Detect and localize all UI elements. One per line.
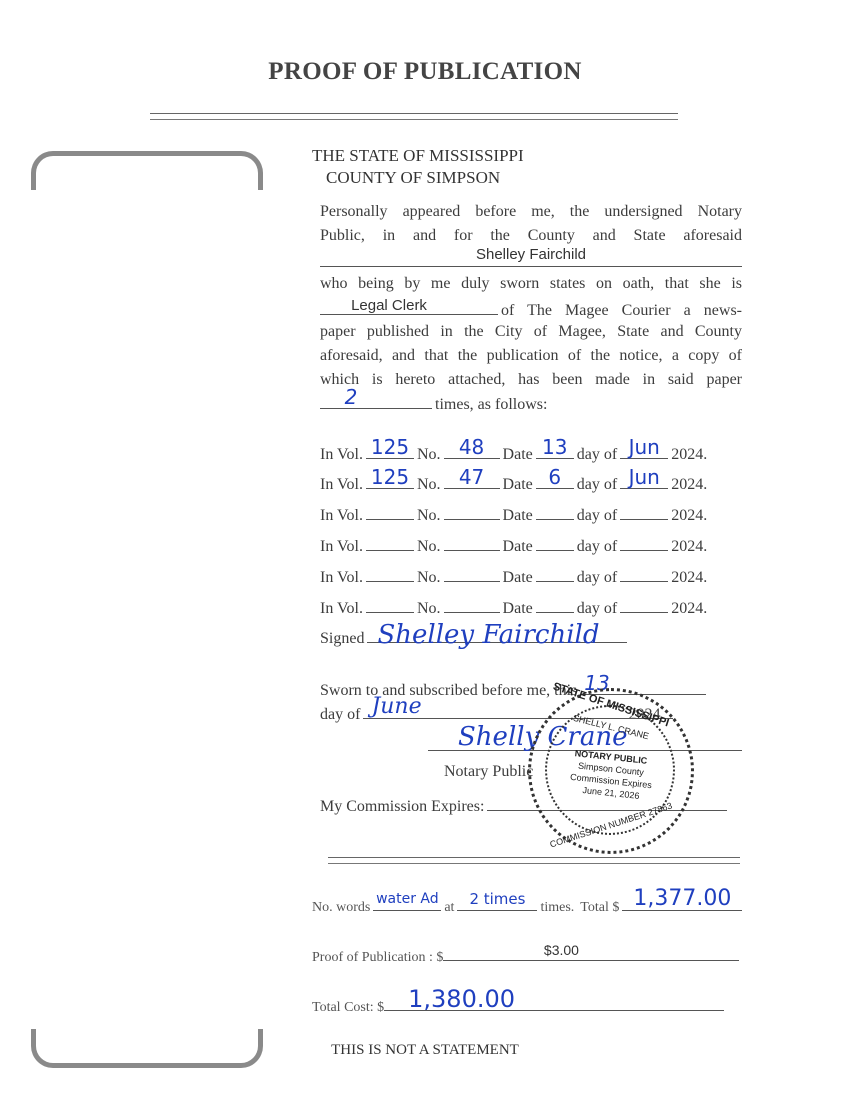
words-line: No. words water Ad at 2 times times. Tot… — [312, 892, 745, 916]
date-label: Date — [503, 507, 533, 525]
publication-row: In Vol.No.Dateday of2024. — [320, 501, 707, 525]
total-cost-value: 1,380.00 — [408, 988, 515, 1010]
no-label: No. — [417, 538, 441, 556]
vol-value: 125 — [366, 466, 414, 488]
month-field[interactable]: Jun — [620, 470, 668, 489]
paper-line-1: paper published in the City of Magee, St… — [320, 320, 742, 344]
affiant-signature: Shelley Fairchild — [377, 624, 599, 646]
date-field[interactable] — [536, 594, 574, 613]
affiant-title-field[interactable]: Legal Clerk — [320, 296, 498, 315]
proof-value: $3.00 — [443, 942, 679, 958]
date-label: Date — [503, 476, 533, 494]
signed-field[interactable]: Shelley Fairchild — [367, 624, 627, 643]
month-field[interactable] — [620, 532, 668, 551]
signed-line: Signed Shelley Fairchild — [320, 624, 630, 648]
month-value: Jun — [620, 466, 668, 488]
vol-field[interactable] — [366, 563, 414, 582]
vol-label: In Vol. — [320, 569, 363, 587]
no-label: No. — [417, 446, 441, 464]
vol-label: In Vol. — [320, 507, 363, 525]
publication-row: In Vol.No.Dateday of2024. — [320, 532, 707, 556]
publication-row: In Vol.No.Dateday of2024. — [320, 594, 707, 618]
publication-row: In Vol.125No.48Date13day ofJun2024. — [320, 440, 707, 464]
no-field[interactable] — [444, 532, 500, 551]
month-field[interactable] — [620, 594, 668, 613]
at-label: at — [444, 900, 454, 916]
day-of-label: day of — [577, 476, 617, 494]
words-label: No. words — [312, 900, 370, 916]
no-field[interactable] — [444, 563, 500, 582]
date-field[interactable] — [536, 532, 574, 551]
date-label: Date — [503, 538, 533, 556]
paper-line-2: aforesaid, and that the publication of t… — [320, 344, 742, 368]
no-label: No. — [417, 476, 441, 494]
total-cost-line: Total Cost: $ 1,380.00 — [312, 992, 727, 1016]
day-of-label: day of — [577, 507, 617, 525]
signed-label: Signed — [320, 630, 364, 648]
vol-value: 125 — [366, 436, 414, 458]
date-field[interactable]: 13 — [536, 440, 574, 459]
date-label: Date — [503, 446, 533, 464]
vol-field[interactable] — [366, 594, 414, 613]
total-value: 1,377.00 — [622, 888, 742, 910]
day-of-label: day of — [577, 538, 617, 556]
date-value: 13 — [536, 436, 574, 458]
no-field[interactable]: 48 — [444, 440, 500, 459]
year-label: 2024. — [671, 569, 707, 587]
vol-field[interactable]: 125 — [366, 470, 414, 489]
signature-divider — [328, 857, 740, 864]
affiant-name-field[interactable]: Shelley Fairchild — [320, 246, 742, 267]
publication-row: In Vol.No.Dateday of2024. — [320, 563, 707, 587]
no-field[interactable] — [444, 501, 500, 520]
no-label: No. — [417, 507, 441, 525]
county-heading: COUNTY OF SIMPSON — [326, 167, 500, 189]
publication-row: In Vol.125No.47Date6day ofJun2024. — [320, 470, 707, 494]
document-title: PROOF OF PUBLICATION — [0, 58, 850, 86]
day-of-label: day of — [577, 600, 617, 618]
year-label: 2024. — [671, 446, 707, 464]
no-value: 48 — [444, 436, 500, 458]
date-field[interactable] — [536, 501, 574, 520]
state-heading: THE STATE OF MISSISSIPPI — [312, 145, 524, 167]
month-field[interactable] — [620, 563, 668, 582]
times-short-label: times. — [540, 900, 574, 916]
notary-public-label: Notary Public — [444, 760, 533, 784]
words-field[interactable]: water Ad — [373, 892, 441, 911]
words-value: water Ad — [373, 888, 441, 910]
year-label: 2024. — [671, 507, 707, 525]
year-label: 2024. — [671, 538, 707, 556]
title-divider — [150, 113, 678, 120]
proof-field[interactable]: $3.00 — [443, 942, 739, 961]
title-suffix: of The Magee Courier a news- — [501, 302, 742, 320]
sworn-month: June — [371, 696, 421, 718]
vol-label: In Vol. — [320, 476, 363, 494]
affiant-title: Legal Clerk — [320, 297, 458, 314]
date-label: Date — [503, 600, 533, 618]
commission-label: My Commission Expires: — [320, 798, 484, 816]
day-of-label: day of — [320, 706, 360, 724]
day-of-label: day of — [577, 569, 617, 587]
year-label: 2024. — [671, 476, 707, 494]
vol-label: In Vol. — [320, 538, 363, 556]
month-field[interactable]: Jun — [620, 440, 668, 459]
sworn-line: who being by me duly sworn states on oat… — [320, 272, 742, 296]
paper-line-3: which is hereto attached, has been made … — [320, 368, 742, 392]
notary-seal: STATE OF MISSISSIPPI SHELLY L. CRANE NOT… — [528, 688, 694, 854]
date-field[interactable]: 6 — [536, 470, 574, 489]
no-field[interactable] — [444, 594, 500, 613]
total-cost-field[interactable]: 1,380.00 — [384, 992, 724, 1011]
day-of-label: day of — [577, 446, 617, 464]
affiant-title-line: Legal Clerk of The Magee Courier a news- — [320, 296, 742, 320]
affiant-name: Shelley Fairchild — [476, 246, 586, 263]
no-label: No. — [417, 569, 441, 587]
vol-label: In Vol. — [320, 600, 363, 618]
intro-line-1: Personally appeared before me, the under… — [320, 200, 742, 224]
date-field[interactable] — [536, 563, 574, 582]
times-suffix: times, as follows: — [435, 396, 547, 414]
times-value: 2 — [320, 386, 382, 408]
times-line: 2 times, as follows: — [320, 390, 547, 414]
top-bracket-decoration — [31, 151, 263, 190]
times-handwritten: 2 times — [457, 888, 537, 910]
total-field[interactable]: 1,377.00 — [622, 892, 742, 911]
times-field[interactable]: 2 — [320, 390, 432, 409]
month-field[interactable] — [620, 501, 668, 520]
total-cost-label: Total Cost: $ — [312, 1000, 384, 1016]
date-label: Date — [503, 569, 533, 587]
vol-field[interactable] — [366, 501, 414, 520]
year-label: 2024. — [671, 600, 707, 618]
vol-label: In Vol. — [320, 446, 363, 464]
not-a-statement-footer: THIS IS NOT A STATEMENT — [0, 1042, 850, 1059]
times-count-field[interactable]: 2 times — [457, 892, 537, 911]
no-label: No. — [417, 600, 441, 618]
proof-line: Proof of Publication : $ $3.00 — [312, 942, 742, 966]
no-value: 47 — [444, 466, 500, 488]
intro-line-2: Public, in and for the County and State … — [320, 224, 742, 248]
vol-field[interactable] — [366, 532, 414, 551]
proof-label: Proof of Publication : $ — [312, 950, 443, 966]
total-label: Total $ — [580, 900, 619, 916]
date-value: 6 — [536, 466, 574, 488]
vol-field[interactable]: 125 — [366, 440, 414, 459]
no-field[interactable]: 47 — [444, 470, 500, 489]
month-value: Jun — [620, 436, 668, 458]
